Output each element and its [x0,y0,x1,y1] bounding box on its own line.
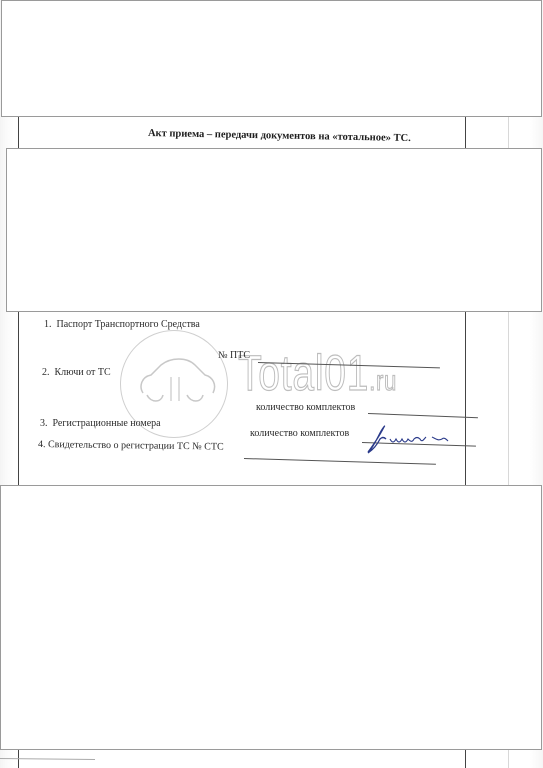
keys-sets-label: количество комплектов [256,402,355,413]
pts-number-label: № ПТС [218,350,250,361]
redaction-block-upper [6,148,542,312]
handwritten-signature [364,425,450,455]
item-2: 2. Ключи от ТС [42,367,111,378]
plates-sets-label: количество комплектов [250,428,349,439]
redaction-block-top [1,0,542,117]
item-3: 3. Регистрационные номера [40,418,161,429]
redaction-block-bottom [0,485,542,750]
item-1: 1. Паспорт Транспортного Средства [44,319,200,330]
